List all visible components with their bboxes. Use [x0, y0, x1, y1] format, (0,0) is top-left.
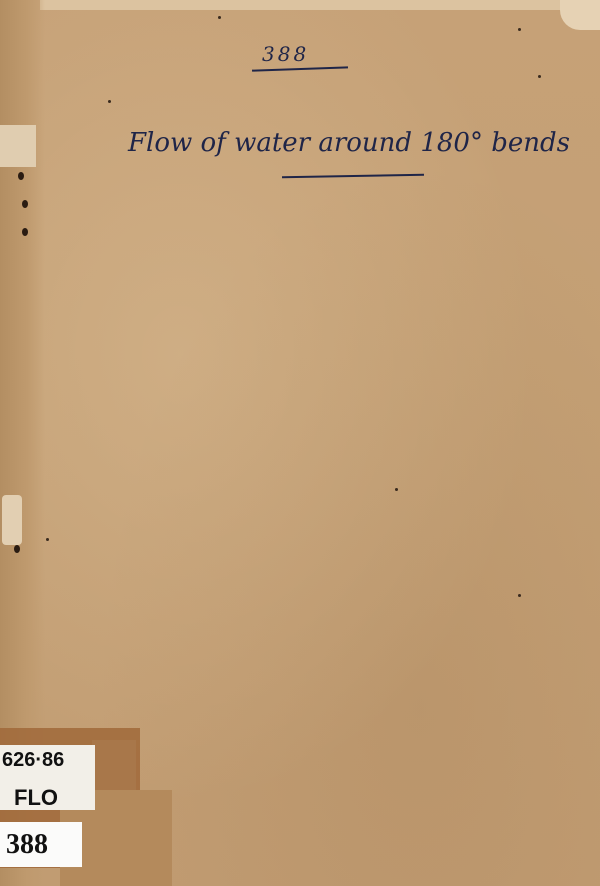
speck — [395, 488, 398, 491]
handwritten-number: 388 — [262, 42, 309, 66]
torn-corner — [560, 0, 600, 30]
spine-paper-patch — [0, 125, 36, 167]
classification-number: 626·86 — [2, 749, 64, 772]
speck — [108, 100, 111, 103]
binding-hole — [22, 200, 28, 208]
accession-number: 388 — [0, 822, 82, 867]
speck — [518, 594, 521, 597]
binding-hole — [14, 545, 20, 553]
binding-hole — [22, 228, 28, 236]
underline — [282, 174, 424, 178]
underline — [252, 66, 348, 71]
spine-paper-patch — [2, 495, 22, 545]
top-edge — [40, 0, 600, 10]
book-cover: 388 Flow of water around 180° bends 626·… — [0, 0, 600, 886]
author-code: FLO — [14, 785, 58, 811]
speck — [518, 28, 521, 31]
speck — [46, 538, 49, 541]
binding-hole — [18, 172, 24, 180]
speck — [218, 16, 221, 19]
speck — [538, 75, 541, 78]
spine-label: 626·86 FLO — [0, 745, 95, 810]
handwritten-title: Flow of water around 180° bends — [128, 128, 570, 158]
